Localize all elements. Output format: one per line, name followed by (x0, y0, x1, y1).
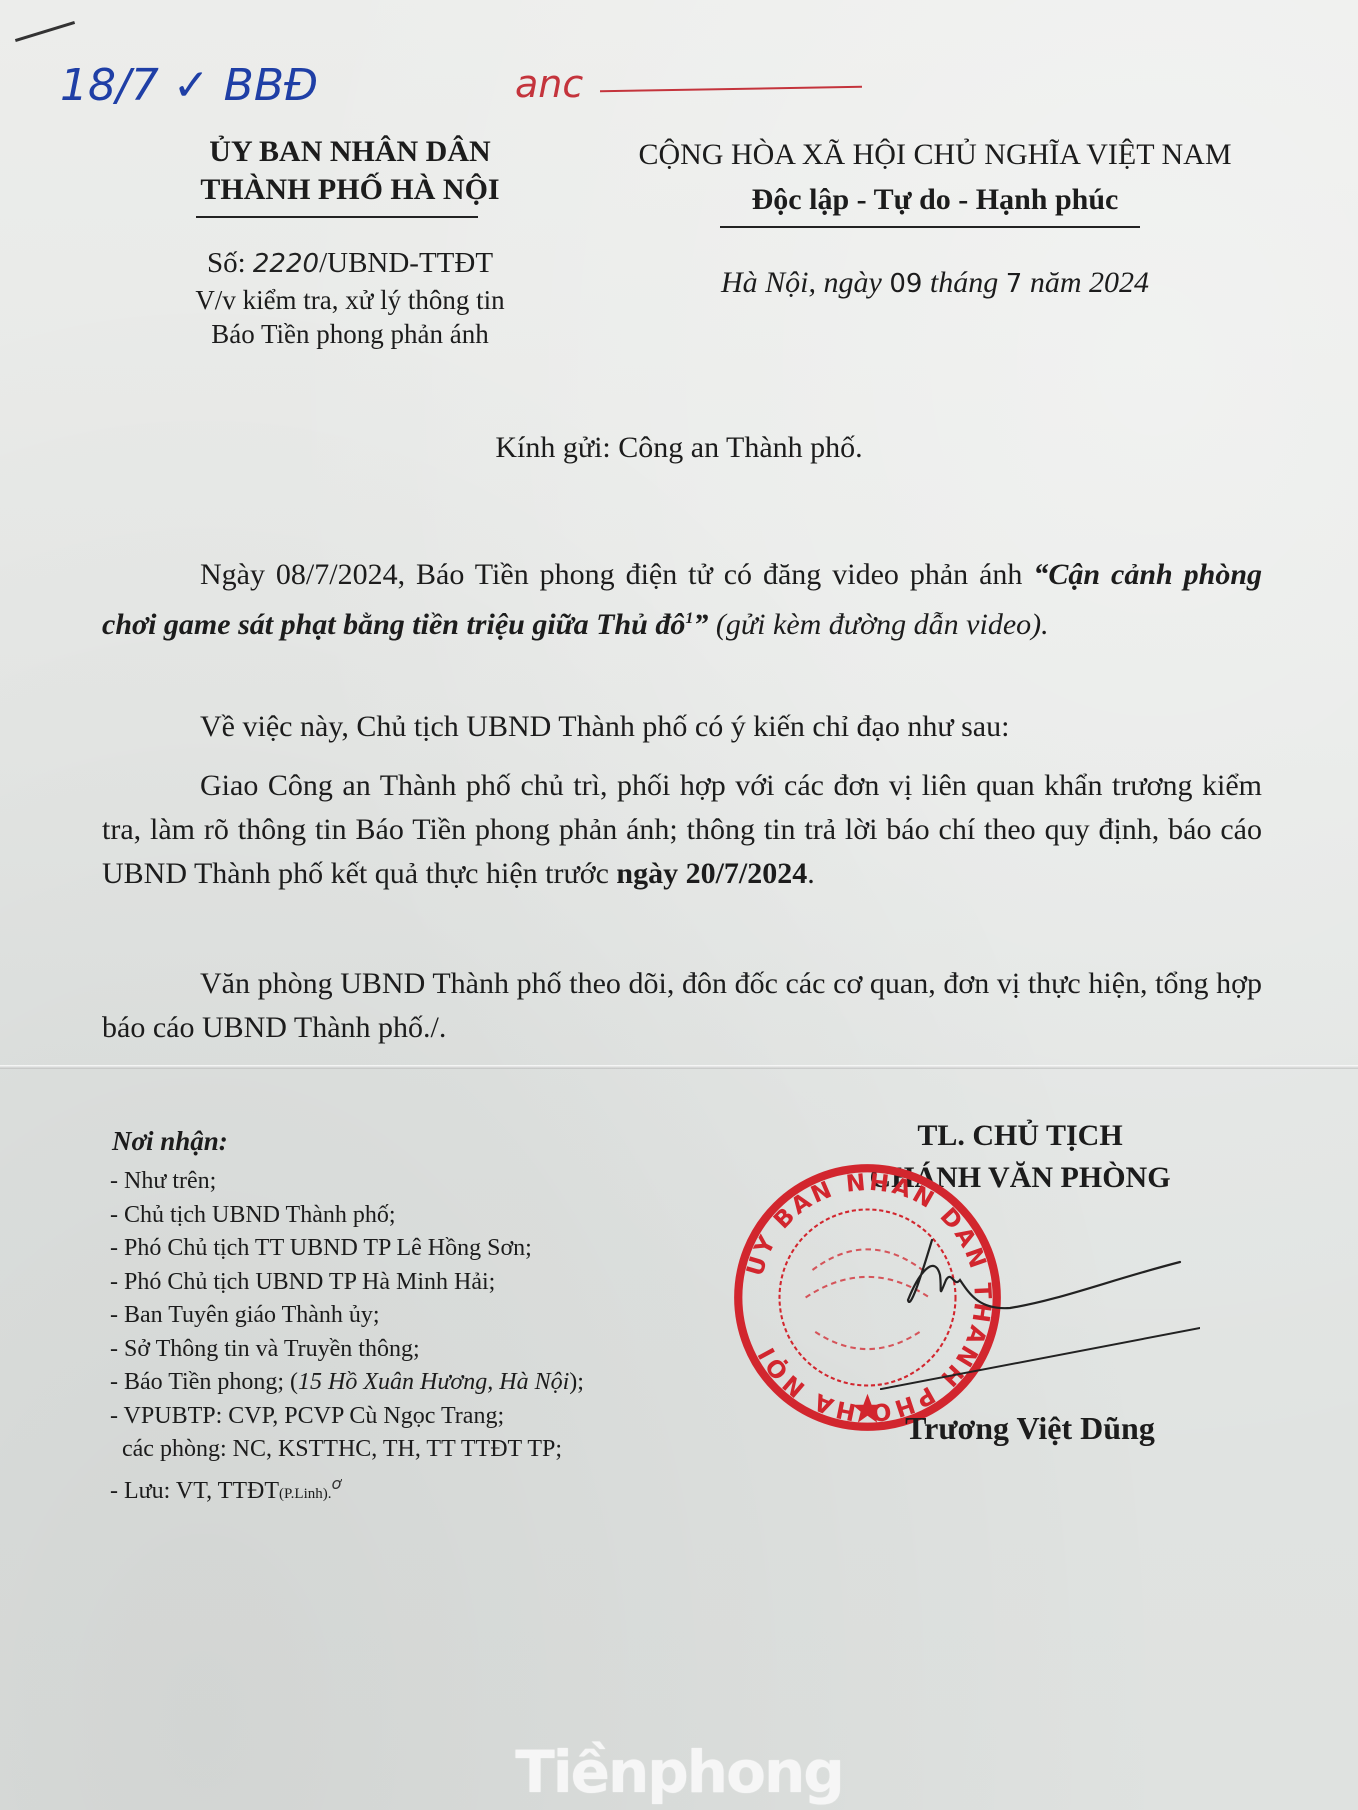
addressee: Kính gửi: Công an Thành phố. (0, 429, 1358, 467)
paragraph-2: Về việc này, Chủ tịch UBND Thành phố có … (102, 705, 1262, 749)
handwritten-note: 18/7 ✓ BBĐ (60, 60, 318, 111)
doc-number-prefix: Số: (207, 247, 253, 279)
p3-end: . (807, 857, 815, 890)
document-subject: V/v kiểm tra, xử lý thông tin Báo Tiền p… (150, 283, 550, 351)
p1-text: Ngày 08/7/2024, Báo Tiền phong điện tử c… (200, 558, 1033, 591)
paragraph-3: Giao Công an Thành phố chủ trì, phối hợp… (102, 764, 1262, 896)
recipients-list: - Như trên; - Chủ tịch UBND Thành phố; -… (110, 1165, 730, 1511)
recipient-item-vp: - VPUBTP: CVP, PCVP Cù Ngọc Trang; (110, 1400, 730, 1434)
document-number: Số: 2220/UBND-TTĐT (150, 245, 550, 282)
national-motto: Độc lập - Tự do - Hạnh phúc (605, 181, 1265, 219)
national-title: CỘNG HÒA XÃ HỘI CHỦ NGHĨA VIỆT NAM (605, 136, 1265, 174)
paragraph-1: Ngày 08/7/2024, Báo Tiền phong điện tử c… (102, 553, 1262, 647)
org-line-2: THÀNH PHỐ HÀ NỘI (160, 171, 540, 209)
recipients-title: Nơi nhận: (112, 1126, 228, 1157)
archive-clerk: (P.Linh). (279, 1486, 332, 1502)
recipient-item-archive: - Lưu: VT, TTĐT(P.Linh).ơ (110, 1467, 730, 1512)
date-year: năm 2024 (1022, 266, 1149, 299)
recipient-item: - Như trên; (110, 1165, 730, 1199)
date-prefix: Hà Nội, ngày (721, 266, 889, 299)
archive-text: - Lưu: VT, TTĐT (110, 1478, 279, 1504)
signatory-name: Trương Việt Dũng (860, 1410, 1200, 1447)
recipient-item: - Sở Thông tin và Truyền thông; (110, 1333, 730, 1367)
recipient-item-vp-cont: các phòng: NC, KSTTHC, TH, TT TTĐT TP; (110, 1433, 730, 1467)
recipient-item-tien-phong: - Báo Tiền phong; (15 Hồ Xuân Hương, Hà … (110, 1366, 730, 1400)
issuing-organization: ỦY BAN NHÂN DÂN THÀNH PHỐ HÀ NỘI (160, 133, 540, 209)
archive-initial: ơ (331, 1474, 341, 1493)
paragraph-4: Văn phòng UBND Thành phố theo dõi, đôn đ… (102, 962, 1262, 1050)
date-month: 7 (1006, 269, 1023, 299)
paper-fold-crease (0, 1065, 1358, 1069)
date-month-label: tháng (922, 266, 1005, 299)
bao-suffix: ); (569, 1369, 584, 1395)
org-underline (196, 216, 478, 218)
date-day: 09 (889, 269, 922, 299)
handwritten-signature-icon (880, 1220, 1200, 1390)
subject-line-1: V/v kiểm tra, xử lý thông tin (150, 283, 550, 317)
handwritten-red-note: anc (515, 62, 583, 106)
quote-close: ” (693, 608, 708, 641)
date-line: Hà Nội, ngày 09 tháng 7 năm 2024 (605, 264, 1265, 303)
org-line-1: ỦY BAN NHÂN DÂN (160, 133, 540, 171)
red-note-text: anc (515, 62, 583, 106)
recipient-item: - Chủ tịch UBND Thành phố; (110, 1199, 730, 1233)
bao-prefix: - Báo Tiền phong; ( (110, 1369, 298, 1395)
doc-number-suffix: /UBND-TTĐT (319, 247, 493, 279)
doc-number-handwritten: 2220 (253, 249, 319, 279)
bao-address: 15 Hồ Xuân Hương, Hà Nội (298, 1369, 569, 1395)
subject-line-2: Báo Tiền phong phản ánh (150, 317, 550, 351)
deadline: ngày 20/7/2024 (616, 857, 807, 890)
motto-underline (720, 226, 1140, 228)
p1-end: (gửi kèm đường dẫn video). (708, 608, 1048, 641)
publisher-watermark: Tiềnphong (0, 1738, 1358, 1806)
signatory-line-1: TL. CHỦ TỊCH (820, 1115, 1220, 1157)
recipient-item: - Phó Chủ tịch TT UBND TP Lê Hồng Sơn; (110, 1232, 730, 1266)
recipient-item: - Phó Chủ tịch UBND TP Hà Minh Hải; (110, 1266, 730, 1300)
recipient-item: - Ban Tuyên giáo Thành ủy; (110, 1299, 730, 1333)
